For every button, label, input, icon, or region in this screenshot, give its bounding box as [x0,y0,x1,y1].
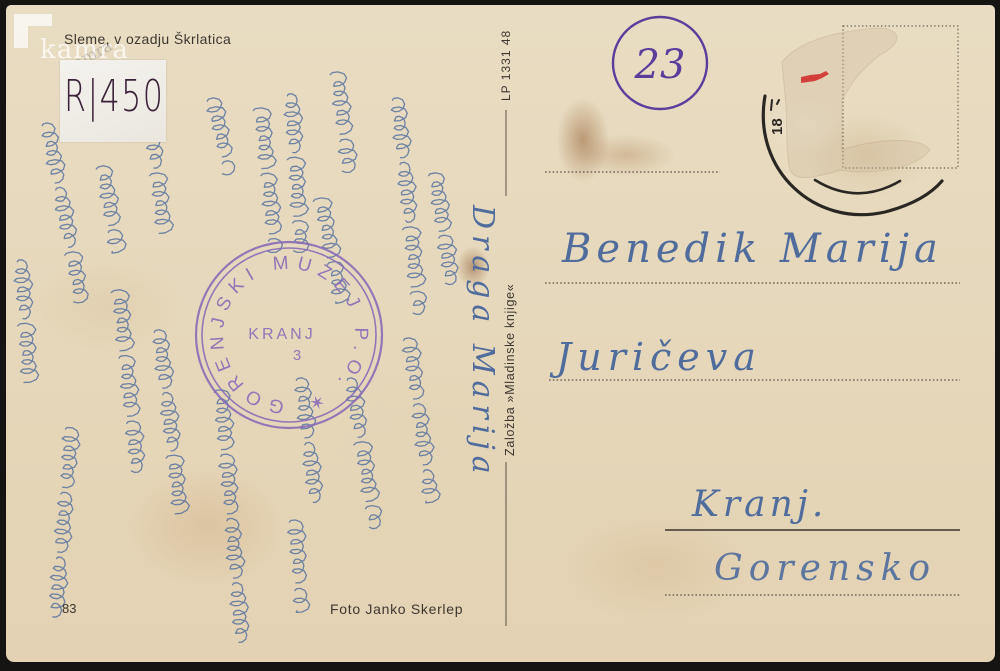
message-greeting: Draga Marija [465,205,500,480]
inventory-label: R|450 [60,60,166,142]
handwritten-message-line [111,290,145,473]
handwritten-message-line [153,330,189,521]
address-city: Kranj. [692,484,827,525]
publisher-code: LP 1331 48 [499,30,513,101]
address-region: Gorensko [714,548,936,589]
handwritten-message-line [96,166,126,253]
photo-credit: Foto Janko Skerlep [330,601,463,617]
card-caption: Sleme, v ozadju Škrlatica [64,31,231,47]
handwritten-message-line [42,123,88,303]
handwritten-message-line [346,378,381,529]
handwritten-message-line [288,520,310,612]
watermark-logo-icon [14,14,52,48]
handwritten-message-line [214,390,249,643]
handwritten-message-line [391,98,426,315]
handwritten-message-line [14,260,38,383]
museum-stamp-number: 3 [293,347,301,364]
inventory-number: R|450 [64,72,164,122]
handwritten-message-line [402,338,440,503]
museum-stamp: GORENJSKI MUZEJ P.O. ✶ KRANJ 3 [196,242,382,428]
handwritten-message-line [50,428,80,618]
museum-stamp-city: KRANJ [248,326,315,343]
handwritten-message-line [428,173,458,285]
card-number: 83 [62,601,76,616]
torn-stamp-remnant [782,28,930,178]
circled-number: 23 [634,42,686,88]
address-street: Juričeva [556,335,762,379]
postmark-date: 18 [769,118,786,135]
handwritten-message [14,72,458,642]
handwritten-message-line [207,98,235,175]
publisher-name: Založba »Mladinske knjige« [503,284,517,456]
handwritten-message-line [253,108,282,253]
address-name: Benedik Marija [562,226,943,272]
handwritten-message-line [330,72,357,173]
handwritten-message-line [284,94,309,253]
